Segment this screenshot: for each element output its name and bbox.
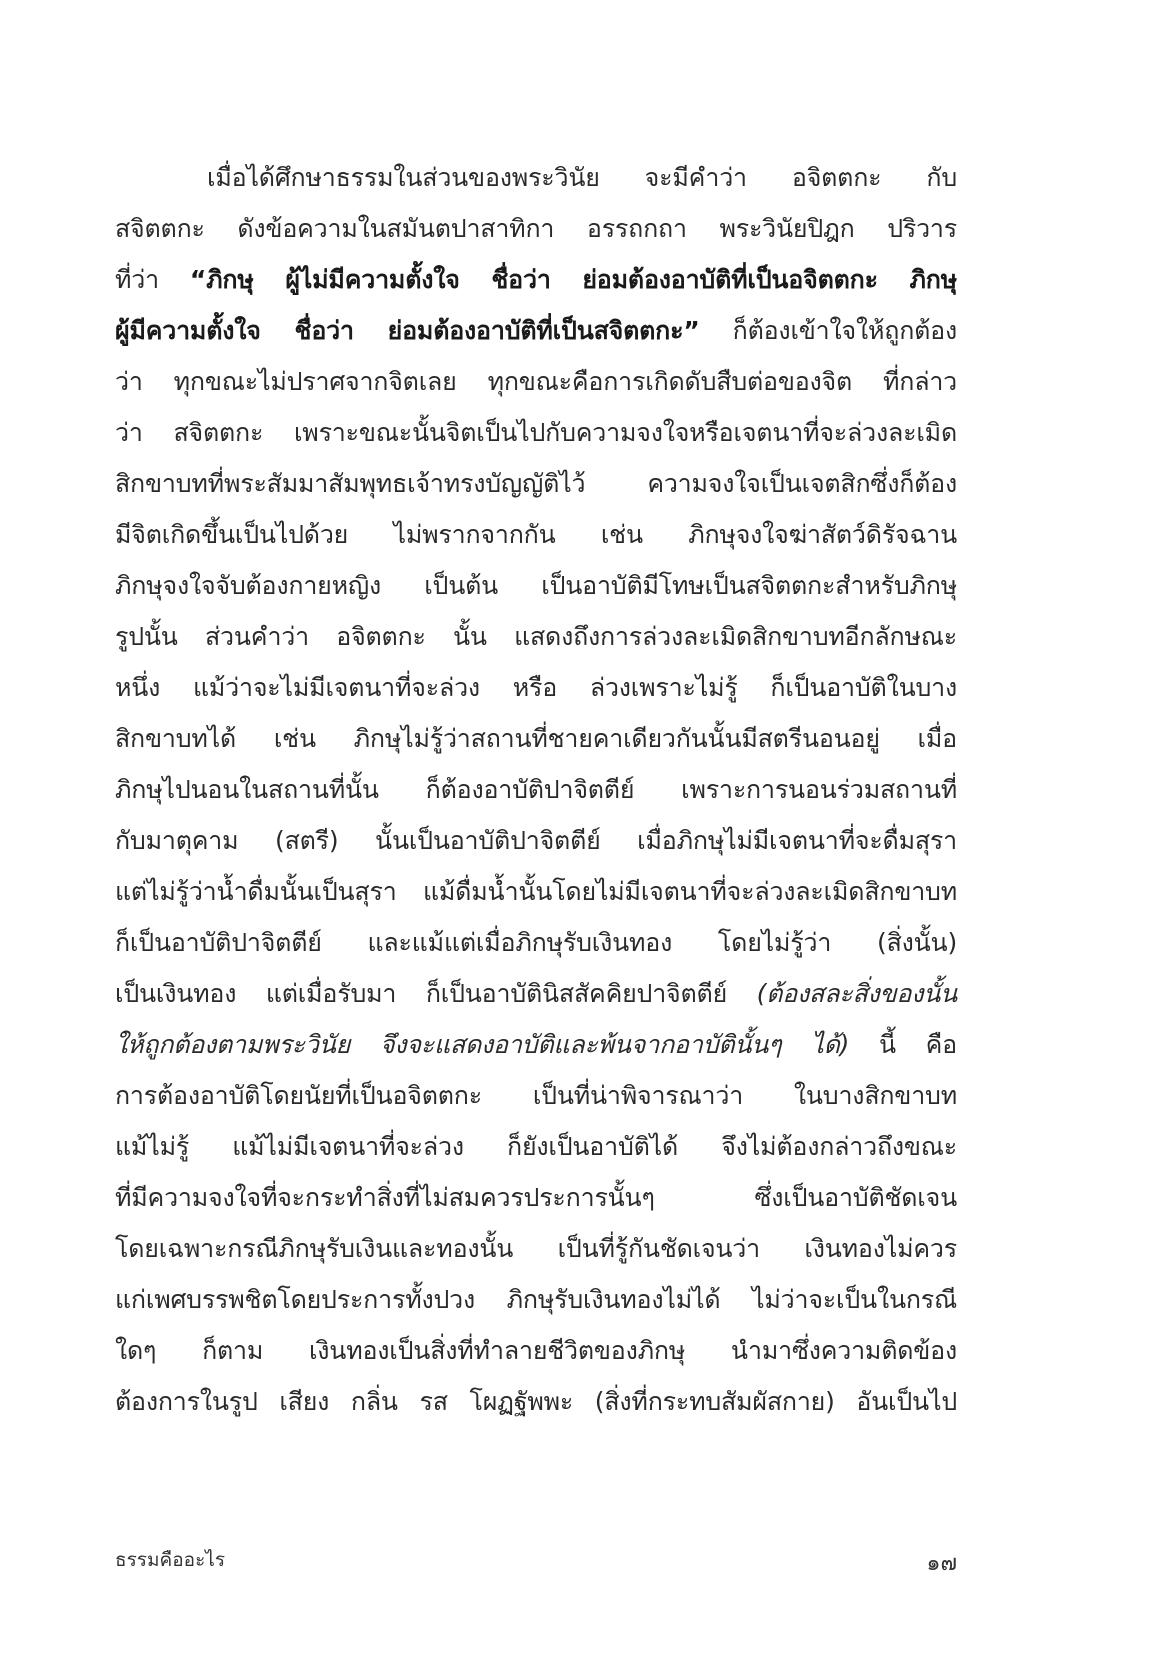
text-run: เป็นเงินทอง แต่เมื่อรับมา ก็เป็นอาบัตินิ…: [115, 979, 757, 1008]
text-line: สิกขาบทที่พระสัมมาสัมพุทธเจ้าทรงบัญญัติไ…: [115, 464, 957, 515]
text-run: สจิตตกะ ดังข้อความในสมันตปาสาทิกา อรรถกถ…: [115, 214, 957, 243]
text-run: ที่ว่า: [115, 265, 190, 294]
body-paragraph: เมื่อได้ศึกษาธรรมในส่วนของพระวินัย จะมีค…: [115, 158, 957, 1433]
text-line: การต้องอาบัติโดยนัยที่เป็นอจิตตกะ เป็นที…: [115, 1076, 957, 1127]
italic-note: ให้ถูกต้องตามพระวินัย จึงจะแสดงอาบัติและ…: [115, 1030, 849, 1059]
text-line: ว่า ทุกขณะไม่ปราศจากจิตเลย ทุกขณะคือการเ…: [115, 362, 957, 413]
text-line: ให้ถูกต้องตามพระวินัย จึงจะแสดงอาบัติและ…: [115, 1025, 957, 1076]
italic-note: (ต้องสละสิ่งของนั้น: [757, 979, 957, 1008]
text-line: เป็นเงินทอง แต่เมื่อรับมา ก็เป็นอาบัตินิ…: [115, 974, 957, 1025]
page-footer: ธรรมคืออะไร ๑๗: [115, 1545, 957, 1575]
text-run: แต่ไม่รู้ว่าน้ำดื่มนั้นเป็นสุรา แม้ดื่มน…: [115, 877, 957, 906]
text-run: ต้องการในรูป เสียง กลิ่น รส โผฏฐัพพะ (สิ…: [115, 1387, 957, 1416]
text-line: ใดๆ ก็ตาม เงินทองเป็นสิ่งที่ทำลายชีวิตขอ…: [115, 1331, 957, 1382]
text-run: ที่มีความจงใจที่จะกระทำสิ่งที่ไม่สมควรปร…: [115, 1183, 957, 1212]
text-line: ที่ว่า “ภิกษุ ผู้ไม่มีความตั้งใจ ชื่อว่า…: [115, 260, 957, 311]
text-run: เมื่อได้ศึกษาธรรมในส่วนของพระวินัย จะมีค…: [207, 163, 957, 192]
text-run: แก่เพศบรรพชิตโดยประการทั้งปวง ภิกษุรับเง…: [115, 1285, 957, 1314]
text-run: การต้องอาบัติโดยนัยที่เป็นอจิตตกะ เป็นที…: [115, 1081, 957, 1110]
text-line: ที่มีความจงใจที่จะกระทำสิ่งที่ไม่สมควรปร…: [115, 1178, 957, 1229]
text-run: ว่า ทุกขณะไม่ปราศจากจิตเลย ทุกขณะคือการเ…: [115, 367, 957, 396]
text-run: ก็ต้องเข้าใจให้ถูกต้อง: [700, 316, 957, 345]
text-line: สิกขาบทได้ เช่น ภิกษุไม่รู้ว่าสถานที่ชาย…: [115, 719, 957, 770]
text-line: มีจิตเกิดขึ้นเป็นไปด้วย ไม่พรากจากกัน เช…: [115, 515, 957, 566]
text-run: ก็เป็นอาบัติปาจิตตีย์ และแม้แต่เมื่อภิกษ…: [115, 928, 957, 957]
text-line: แม้ไม่รู้ แม้ไม่มีเจตนาที่จะล่วง ก็ยังเป…: [115, 1127, 957, 1178]
text-run: ภิกษุไปนอนในสถานที่นั้น ก็ต้องอาบัติปาจิ…: [115, 775, 957, 804]
text-run: แม้ไม่รู้ แม้ไม่มีเจตนาที่จะล่วง ก็ยังเป…: [115, 1132, 957, 1161]
text-run: มีจิตเกิดขึ้นเป็นไปด้วย ไม่พรากจากกัน เช…: [115, 520, 957, 549]
text-run: ใดๆ ก็ตาม เงินทองเป็นสิ่งที่ทำลายชีวิตขอ…: [115, 1336, 957, 1365]
page-number: ๑๗: [926, 1545, 957, 1580]
text-line: หนึ่ง แม้ว่าจะไม่มีเจตนาที่จะล่วง หรือ ล…: [115, 668, 957, 719]
text-run: ภิกษุจงใจจับต้องกายหญิง เป็นต้น เป็นอาบั…: [115, 571, 957, 600]
text-line: รูปนั้น ส่วนคำว่า อจิตตกะ นั้น แสดงถึงกา…: [115, 617, 957, 668]
text-line: ก็เป็นอาบัติปาจิตตีย์ และแม้แต่เมื่อภิกษ…: [115, 923, 957, 974]
text-line: แต่ไม่รู้ว่าน้ำดื่มนั้นเป็นสุรา แม้ดื่มน…: [115, 872, 957, 923]
text-run: หนึ่ง แม้ว่าจะไม่มีเจตนาที่จะล่วง หรือ ล…: [115, 673, 957, 702]
running-title: ธรรมคืออะไร: [115, 1545, 225, 1575]
text-run: กับมาตุคาม (สตรี) นั้นเป็นอาบัติปาจิตตีย…: [115, 826, 957, 855]
text-run: ว่า สจิตตกะ เพราะขณะนั้นจิตเป็นไปกับความ…: [115, 418, 957, 447]
bold-quote: ผู้มีความตั้งใจ ชื่อว่า ย่อมต้องอาบัติที…: [115, 316, 700, 345]
text-run: โดยเฉพาะกรณีภิกษุรับเงินและทองนั้น เป็นท…: [115, 1234, 957, 1263]
text-line: แก่เพศบรรพชิตโดยประการทั้งปวง ภิกษุรับเง…: [115, 1280, 957, 1331]
text-run: รูปนั้น ส่วนคำว่า อจิตตกะ นั้น แสดงถึงกา…: [115, 622, 957, 651]
text-line: สจิตตกะ ดังข้อความในสมันตปาสาทิกา อรรถกถ…: [115, 209, 957, 260]
text-line: ผู้มีความตั้งใจ ชื่อว่า ย่อมต้องอาบัติที…: [115, 311, 957, 362]
text-line: โดยเฉพาะกรณีภิกษุรับเงินและทองนั้น เป็นท…: [115, 1229, 957, 1280]
text-line: กับมาตุคาม (สตรี) นั้นเป็นอาบัติปาจิตตีย…: [115, 821, 957, 872]
text-line: เมื่อได้ศึกษาธรรมในส่วนของพระวินัย จะมีค…: [115, 158, 957, 209]
bold-quote: “ภิกษุ ผู้ไม่มีความตั้งใจ ชื่อว่า ย่อมต้…: [190, 265, 957, 294]
text-line: ว่า สจิตตกะ เพราะขณะนั้นจิตเป็นไปกับความ…: [115, 413, 957, 464]
text-run: สิกขาบทได้ เช่น ภิกษุไม่รู้ว่าสถานที่ชาย…: [115, 724, 957, 753]
text-run: นี้ คือ: [849, 1030, 957, 1059]
text-line: ต้องการในรูป เสียง กลิ่น รส โผฏฐัพพะ (สิ…: [115, 1382, 957, 1433]
text-line: ภิกษุไปนอนในสถานที่นั้น ก็ต้องอาบัติปาจิ…: [115, 770, 957, 821]
text-line: ภิกษุจงใจจับต้องกายหญิง เป็นต้น เป็นอาบั…: [115, 566, 957, 617]
text-run: สิกขาบทที่พระสัมมาสัมพุทธเจ้าทรงบัญญัติไ…: [115, 469, 957, 498]
document-page: เมื่อได้ศึกษาธรรมในส่วนของพระวินัย จะมีค…: [0, 0, 1166, 1654]
